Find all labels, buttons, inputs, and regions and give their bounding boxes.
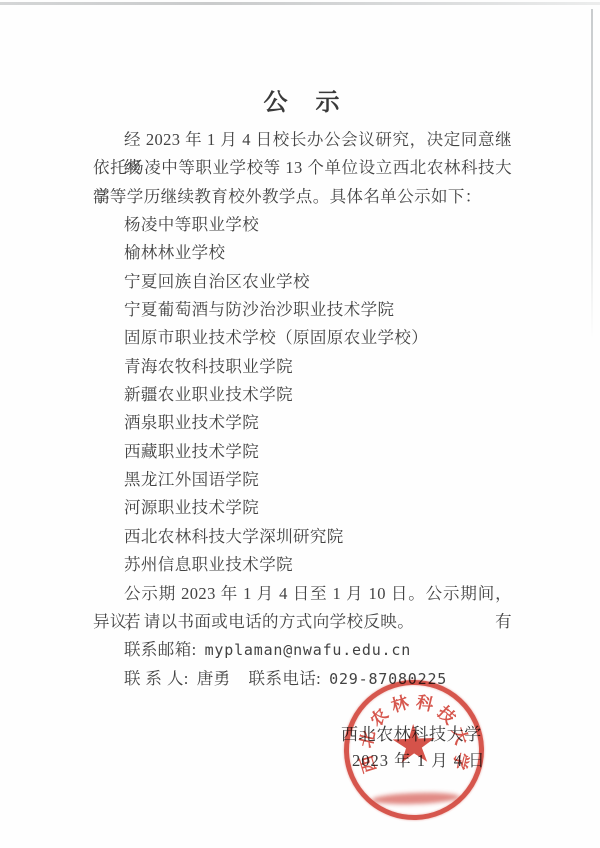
document-body: 经 2023 年 1 月 4 日校长办公会议研究，决定同意继续 依托杨凌中等职业… (93, 126, 512, 693)
contact-email-label: 联系邮箱: (124, 640, 197, 659)
school-list-item: 酒泉职业技术学院 (93, 409, 512, 437)
school-list-item: 西北农林科技大学深圳研究院 (93, 523, 512, 551)
seal-arc-char: 大 (447, 724, 476, 748)
seal-arc-char: 技 (433, 698, 462, 728)
seal-arc-char: 学 (449, 750, 477, 772)
school-list-item: 西藏职业技术学院 (93, 438, 512, 466)
scan-artifact-top-edge (0, 2, 600, 5)
school-list-item: 固原市职业技术学校（原固原农业学校） (93, 324, 512, 352)
intro-line: 依托杨凌中等职业学校等 13 个单位设立西北农林科技大学 (93, 154, 512, 182)
contact-person-value: 唐勇 (197, 669, 231, 688)
school-list-item: 杨凌中等职业学校 (93, 211, 512, 239)
school-list-item: 宁夏回族自治区农业学校 (93, 268, 512, 296)
page-title: 公 示 (93, 82, 512, 117)
seal-arc-char: 林 (388, 688, 412, 717)
contact-email-line: 联系邮箱:myplaman@nwafu.edu.cn (93, 636, 512, 664)
contact-person-label: 联 系 人: (124, 669, 189, 688)
seal-arc-char: 农 (362, 701, 392, 730)
school-list-item: 黑龙江外国语学院 (93, 466, 512, 494)
closing-line: 公示期 2023 年 1 月 4 日至 1 月 10 日。公示期间，若有 (93, 580, 512, 608)
school-list-item: 榆林林业学校 (93, 239, 512, 267)
scan-artifact-right-edge (591, 9, 593, 339)
contact-email-value: myplaman@nwafu.edu.cn (205, 641, 411, 659)
school-list-item: 宁夏葡萄酒与防沙治沙职业技术学院 (93, 296, 512, 324)
seal-arc-char: 北 (351, 728, 379, 750)
seal-arc-char: 西 (352, 753, 381, 777)
intro-line: 高等学历继续教育校外教学点。具体名单公示如下： (93, 183, 512, 211)
seal-arc-char: 科 (414, 687, 436, 715)
school-list-item: 青海农牧科技职业学院 (93, 353, 512, 381)
school-list-item: 苏州信息职业技术学院 (93, 551, 512, 579)
scanned-announcement-page: 公 示 经 2023 年 1 月 4 日校长办公会议研究，决定同意继续 依托杨凌… (0, 0, 600, 848)
official-seal: 西北农林科技大学 (342, 678, 487, 823)
school-list-item: 新疆农业职业技术学院 (93, 381, 512, 409)
contact-phone-label: 联系电话: (249, 669, 322, 688)
school-list-item: 河源职业技术学院 (93, 494, 512, 522)
intro-line: 经 2023 年 1 月 4 日校长办公会议研究，决定同意继续 (93, 126, 512, 154)
